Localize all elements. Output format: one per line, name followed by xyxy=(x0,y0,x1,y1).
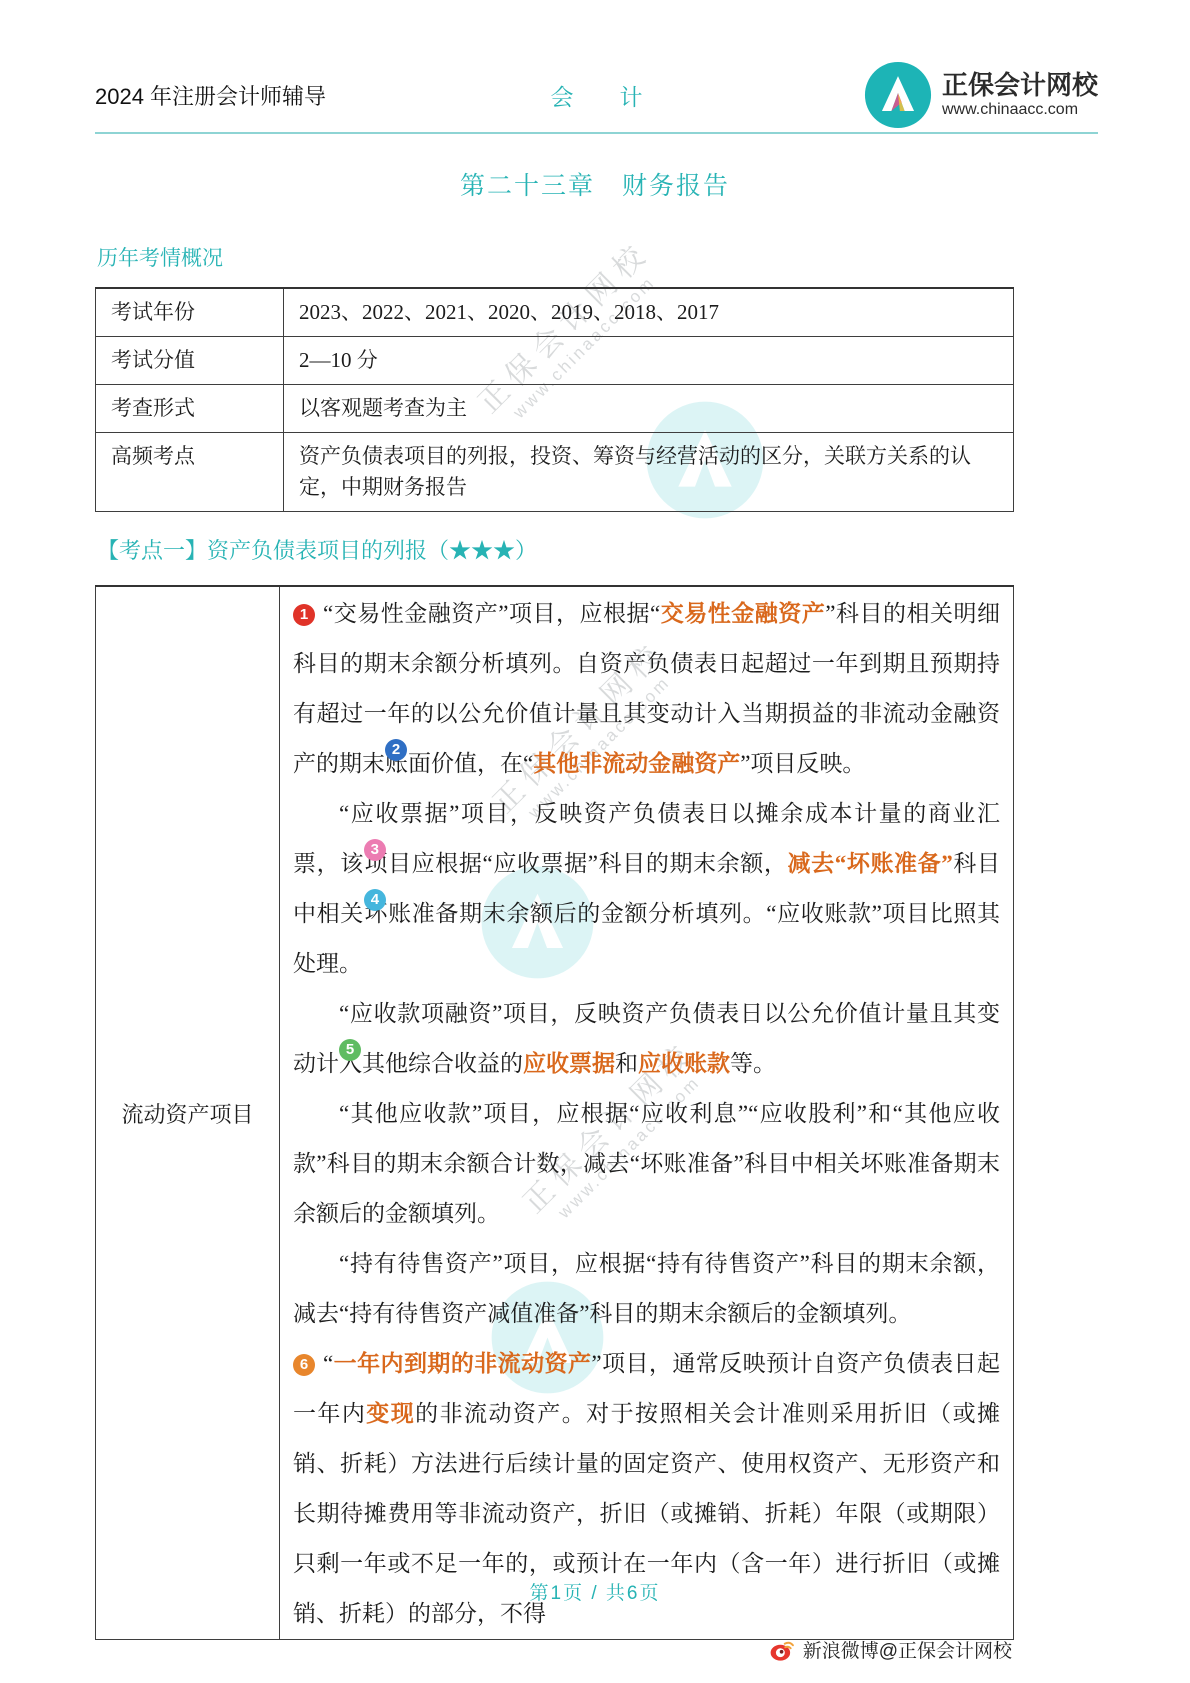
paragraph: “持有待售资产”项目，应根据“持有待售资产”科目的期末余额，减去“持有待售资产减… xyxy=(293,1239,1000,1339)
text-run: “交易性金融资产”项目，应根据“ xyxy=(323,601,660,626)
content-cell: 1“交易性金融资产”项目，应根据“交易性金融资产”科目的相关明细科目的期末余额分… xyxy=(280,586,1014,1640)
brand-name: 正保会计网校 xyxy=(942,71,1098,101)
paragraph: “应收票据”项目，反映资产负债表日以摊余成本计量的商业汇票，该3项目应根据“应收… xyxy=(293,789,1000,989)
circled-number-marker: 5 xyxy=(339,1039,361,1061)
highlight-text: 应收账款 xyxy=(638,1051,730,1076)
paragraph: “其他应收款”项目，应根据“应收利息”“应收股利”和“其他应收款”科目的期末余额… xyxy=(293,1089,1000,1239)
text-run: ”项目反映。 xyxy=(740,751,865,776)
footer-page-number: 第1页 / 共6页 xyxy=(0,1578,1190,1605)
highlight-text: 一年内到期的非流动资产 xyxy=(333,1351,591,1376)
highlight-text: 交易性金融资产 xyxy=(660,601,825,626)
row-header-label: 流动资产项目 xyxy=(96,586,280,1640)
row-value: 2023、2022、2021、2020、2019、2018、2017 xyxy=(284,288,1014,337)
content-table: 流动资产项目 1“交易性金融资产”项目，应根据“交易性金融资产”科目的相关明细科… xyxy=(95,585,1014,1640)
text-run: 和 xyxy=(615,1051,638,1076)
topic-heading: 【考点一】资产负债表项目的列报（★★★） xyxy=(97,534,537,565)
text-run: 等。 xyxy=(730,1051,776,1076)
text-run: 入其他综合收益的 xyxy=(339,1051,523,1076)
highlight-text: 减去“坏账准备” xyxy=(788,851,953,876)
brand-logo-icon xyxy=(864,61,932,129)
table-row: 考试年份 2023、2022、2021、2020、2019、2018、2017 xyxy=(96,288,1014,337)
weibo-handle: 新浪微博@正保会计网校 xyxy=(803,1636,1012,1663)
section-title: 历年考情概况 xyxy=(97,242,223,272)
brand-url: www.chinaacc.com xyxy=(942,101,1098,119)
text-run: 坏账准备期末余额后的金额分析填列。“应收账款”项目比照其处理。 xyxy=(293,901,1000,976)
highlight-text: 其他非流动金融资产 xyxy=(533,751,740,776)
circled-number-marker: 3 xyxy=(364,839,386,861)
brand-block: 正保会计网校 www.chinaacc.com xyxy=(864,61,1098,129)
text-run: 项目应根据“应收票据”科目的期末余额， xyxy=(364,851,788,876)
weibo-line: 新浪微博@正保会计网校 xyxy=(769,1636,1012,1663)
text-run: “其他应收款”项目，应根据“应收利息”“应收股利”和“其他应收款”科目的期末余额… xyxy=(293,1101,1000,1226)
circled-number-marker: 1 xyxy=(293,604,315,626)
text-run: “ xyxy=(323,1351,333,1376)
table-row: 考查形式 以客观题考查为主 xyxy=(96,385,1014,433)
table-row: 考试分值 2—10 分 xyxy=(96,337,1014,385)
circled-number-marker: 6 xyxy=(293,1354,315,1376)
page-header: 2024 年注册会计师辅导 会 计 正保会计网校 www.chinaacc.co… xyxy=(95,58,1098,132)
table-row: 高频考点 资产负债表项目的列报，投资、筹资与经营活动的区分，关联方关系的认定，中… xyxy=(96,433,1014,512)
document-page: 正保会计网校 www.chinaacc.com 正保会计网校 www.china… xyxy=(0,0,1190,1683)
row-value: 资产负债表项目的列报，投资、筹资与经营活动的区分，关联方关系的认定，中期财务报告 xyxy=(284,433,1014,512)
row-label: 考试年份 xyxy=(96,288,284,337)
paragraph: 1“交易性金融资产”项目，应根据“交易性金融资产”科目的相关明细科目的期末余额分… xyxy=(293,589,1000,789)
exam-overview-table: 考试年份 2023、2022、2021、2020、2019、2018、2017 … xyxy=(95,287,1014,512)
chapter-title: 第二十三章 财务报告 xyxy=(0,166,1190,202)
highlight-text: 应收票据 xyxy=(523,1051,615,1076)
row-value: 以客观题考查为主 xyxy=(284,385,1014,433)
table-row: 流动资产项目 1“交易性金融资产”项目，应根据“交易性金融资产”科目的相关明细科… xyxy=(96,586,1014,1640)
row-label: 考查形式 xyxy=(96,385,284,433)
row-value: 2—10 分 xyxy=(284,337,1014,385)
header-divider xyxy=(95,132,1098,134)
paragraph: “应收款项融资”项目，反映资产负债表日以公允价值计量且其变动计5入其他综合收益的… xyxy=(293,989,1000,1089)
highlight-text: 变现 xyxy=(366,1401,415,1426)
weibo-icon xyxy=(769,1637,795,1663)
text-run: 账面价值，在“ xyxy=(385,751,533,776)
circled-number-marker: 4 xyxy=(364,889,386,911)
row-label: 考试分值 xyxy=(96,337,284,385)
row-label: 高频考点 xyxy=(96,433,284,512)
text-run: “持有待售资产”项目，应根据“持有待售资产”科目的期末余额，减去“持有待售资产减… xyxy=(293,1251,1000,1326)
circled-number-marker: 2 xyxy=(385,739,407,761)
